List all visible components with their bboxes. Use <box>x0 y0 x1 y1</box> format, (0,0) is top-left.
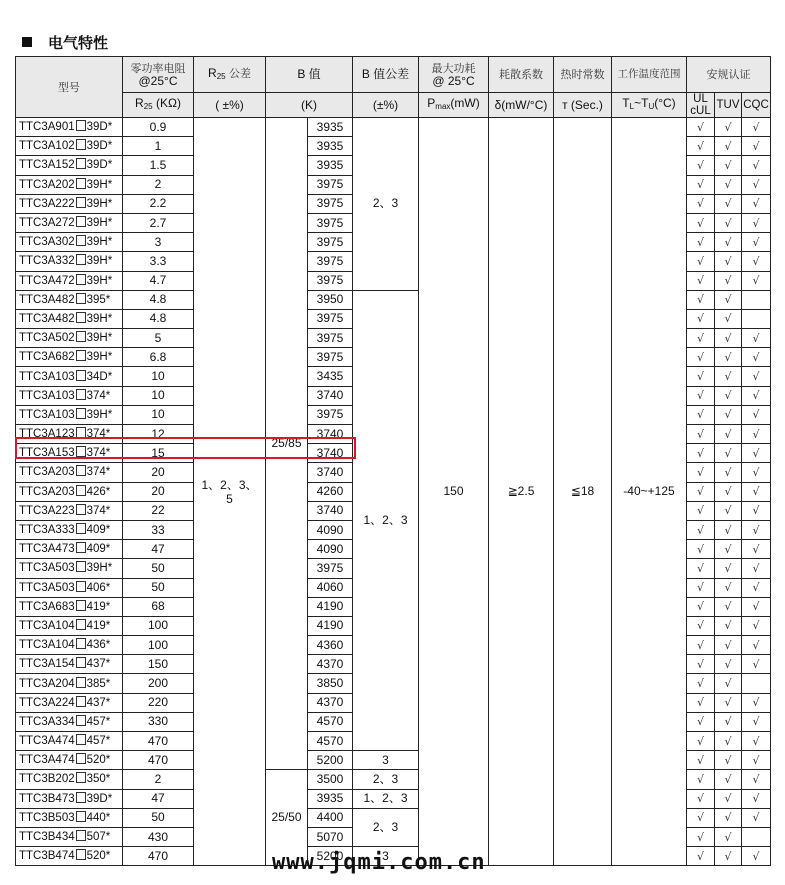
ul-check-cell: √ <box>687 847 715 866</box>
r25-cell: 50 <box>123 578 194 597</box>
model-suffix: 39D* <box>87 159 113 171</box>
cqc-check-cell: √ <box>742 367 771 386</box>
ul-check-cell: √ <box>687 482 715 501</box>
model-cell: TTC3A473409* <box>16 540 123 559</box>
blank-box-icon <box>76 504 86 515</box>
model-cell: TTC3B47339D* <box>16 789 123 808</box>
header-unit-r25: R25 (KΩ) <box>123 93 194 118</box>
model-cell: TTC3A48239H* <box>16 309 123 328</box>
r25-cell: 330 <box>123 712 194 731</box>
model-prefix: TTC3A472 <box>19 275 75 287</box>
cqc-check-cell: √ <box>742 271 771 290</box>
b-value-cell: 4570 <box>308 732 353 751</box>
r25-cell: 2 <box>123 770 194 789</box>
r25-cell: 68 <box>123 597 194 616</box>
cqc-check-cell: √ <box>742 252 771 271</box>
ul-check-cell: √ <box>687 213 715 232</box>
header-r25-tolerance: R25 公差 <box>194 57 266 93</box>
ul-check-cell: √ <box>687 386 715 405</box>
b-value-cell: 3850 <box>308 674 353 693</box>
tuv-check-cell: √ <box>715 559 742 578</box>
blank-box-icon <box>76 235 86 246</box>
blank-box-icon <box>76 274 86 285</box>
ul-check-cell: √ <box>687 501 715 520</box>
table-row: TTC3A90139D*0.91、2、3、525/8539352、3150≧2.… <box>16 118 771 137</box>
blank-box-icon <box>76 120 86 131</box>
ul-check-cell: √ <box>687 616 715 635</box>
cqc-check-cell: √ <box>742 405 771 424</box>
b-value-cell: 3975 <box>308 348 353 367</box>
r25-cell: 10 <box>123 405 194 424</box>
ul-check-cell: √ <box>687 252 715 271</box>
square-bullet-icon <box>22 37 32 47</box>
r25-cell: 4.8 <box>123 290 194 309</box>
model-prefix: TTC3A102 <box>19 140 75 152</box>
b-tolerance-cell: 3 <box>353 751 419 770</box>
ul-check-cell: √ <box>687 367 715 386</box>
r25-cell: 47 <box>123 789 194 808</box>
b-value-cell: 5070 <box>308 827 353 846</box>
model-suffix: 457* <box>87 735 111 747</box>
model-suffix: 385* <box>87 678 111 690</box>
model-cell: TTC3A30239H* <box>16 233 123 252</box>
model-suffix: 39D* <box>87 121 113 133</box>
model-prefix: TTC3A202 <box>19 179 75 191</box>
tuv-check-cell: √ <box>715 636 742 655</box>
electrical-characteristics-table: 型号 零功率电阻@25°C R25 公差 B 值 B 值公差 最大功耗@ 25°… <box>15 56 771 866</box>
header-unit-tau: ᴛ (Sec.) <box>554 93 612 118</box>
ul-check-cell: √ <box>687 636 715 655</box>
b-value-cell: 4400 <box>308 808 353 827</box>
ul-check-cell: √ <box>687 175 715 194</box>
cqc-check-cell: √ <box>742 616 771 635</box>
model-cell: TTC3A22239H* <box>16 194 123 213</box>
model-suffix: 440* <box>87 812 111 824</box>
cqc-check-cell: √ <box>742 520 771 539</box>
model-prefix: TTC3A224 <box>19 697 75 709</box>
header-ul-part: cUL <box>690 105 710 117</box>
model-suffix: 374* <box>87 505 111 517</box>
b-value-cell: 3740 <box>308 501 353 520</box>
header-tuv: TUV <box>715 93 742 118</box>
cqc-check-cell: √ <box>742 425 771 444</box>
model-cell: TTC3A123374* <box>16 425 123 444</box>
r25-cell: 100 <box>123 616 194 635</box>
unit-pmax-text: (mW) <box>450 96 479 110</box>
model-suffix: 39H* <box>87 351 113 363</box>
model-cell: TTC3A15239D* <box>16 156 123 175</box>
b-value-cell: 3975 <box>308 405 353 424</box>
model-cell: TTC3A154437* <box>16 655 123 674</box>
tuv-check-cell: √ <box>715 348 742 367</box>
model-suffix: 39H* <box>87 198 113 210</box>
blank-box-icon <box>76 772 86 783</box>
r25-cell: 3.3 <box>123 252 194 271</box>
b-value-cell: 3435 <box>308 367 353 386</box>
cqc-check-cell: √ <box>742 655 771 674</box>
model-prefix: TTC3A203 <box>19 466 75 478</box>
tuv-check-cell: √ <box>715 540 742 559</box>
tuv-check-cell: √ <box>715 847 742 866</box>
blank-box-icon <box>76 677 86 688</box>
ul-check-cell: √ <box>687 118 715 137</box>
ul-check-cell: √ <box>687 329 715 348</box>
model-suffix: 437* <box>87 697 111 709</box>
model-cell: TTC3A224437* <box>16 693 123 712</box>
model-suffix: 437* <box>87 658 111 670</box>
b-value-cell: 4370 <box>308 655 353 674</box>
tuv-check-cell: √ <box>715 520 742 539</box>
blank-box-icon <box>76 638 86 649</box>
r25-tolerance-cell: 1、2、3、5 <box>194 118 266 866</box>
r25-cell: 10 <box>123 367 194 386</box>
tuv-check-cell: √ <box>715 616 742 635</box>
table-body: TTC3A90139D*0.91、2、3、525/8539352、3150≧2.… <box>16 118 771 866</box>
b-tolerance-cell: 1、2、3 <box>353 290 419 751</box>
model-cell: TTC3A103374* <box>16 386 123 405</box>
model-suffix: 436* <box>87 639 111 651</box>
model-prefix: TTC3B503 <box>19 812 75 824</box>
header-r25: 零功率电阻@25°C <box>123 57 194 93</box>
header-cqc: CQC <box>742 93 771 118</box>
model-prefix: TTC3A272 <box>19 217 75 229</box>
blank-box-icon <box>76 408 86 419</box>
b-value-cell: 4190 <box>308 597 353 616</box>
cqc-check-cell: √ <box>742 559 771 578</box>
cqc-check-cell: √ <box>742 233 771 252</box>
tuv-check-cell: √ <box>715 597 742 616</box>
header-unit-delta: δ(mW/°C) <box>489 93 554 118</box>
r25-cell: 12 <box>123 425 194 444</box>
b-tolerance-cell: 2、3 <box>353 808 419 846</box>
r25-cell: 50 <box>123 559 194 578</box>
r25-cell: 470 <box>123 732 194 751</box>
b-value-cell: 3740 <box>308 444 353 463</box>
header-model: 型号 <box>16 57 123 118</box>
cqc-check-cell: √ <box>742 501 771 520</box>
cqc-check-cell: √ <box>742 751 771 770</box>
b-value-cell: 5200 <box>308 751 353 770</box>
pmax-cell: 150 <box>419 118 489 866</box>
blank-box-icon <box>76 523 86 534</box>
model-prefix: TTC3A503 <box>19 562 75 574</box>
header-unit-tol: ( ±%) <box>194 93 266 118</box>
model-suffix: 39H* <box>87 217 113 229</box>
cqc-check-cell: √ <box>742 156 771 175</box>
model-cell: TTC3A50239H* <box>16 329 123 348</box>
blank-box-icon <box>76 657 86 668</box>
model-cell: TTC3B503440* <box>16 808 123 827</box>
ul-check-cell: √ <box>687 808 715 827</box>
model-cell: TTC3A10334D* <box>16 367 123 386</box>
blank-box-icon <box>76 753 86 764</box>
model-suffix: 520* <box>87 754 111 766</box>
cqc-check-cell: √ <box>742 386 771 405</box>
section-title-text: 电气特性 <box>48 34 108 52</box>
r25-cell: 15 <box>123 444 194 463</box>
tuv-check-cell: √ <box>715 808 742 827</box>
header-time-constant: 热时常数 <box>554 57 612 93</box>
cqc-check-cell: √ <box>742 847 771 866</box>
model-cell: TTC3A333409* <box>16 520 123 539</box>
blank-box-icon <box>76 178 86 189</box>
cqc-check-cell: √ <box>742 789 771 808</box>
tuv-check-cell: √ <box>715 252 742 271</box>
model-prefix: TTC3A474 <box>19 754 75 766</box>
ul-check-cell: √ <box>687 463 715 482</box>
blank-box-icon <box>76 849 86 860</box>
blank-box-icon <box>76 427 86 438</box>
ul-check-cell: √ <box>687 405 715 424</box>
ul-check-cell: √ <box>687 559 715 578</box>
blank-box-icon <box>76 350 86 361</box>
blank-box-icon <box>76 446 86 457</box>
b-value-cell: 4570 <box>308 712 353 731</box>
cqc-check-cell: √ <box>742 175 771 194</box>
r25-cell: 47 <box>123 540 194 559</box>
model-suffix: 520* <box>87 850 111 862</box>
b-value-cell: 3740 <box>308 386 353 405</box>
r25-cell: 10 <box>123 386 194 405</box>
model-prefix: TTC3A503 <box>19 582 75 594</box>
header-pmax-temp: @ 25°C <box>432 74 474 88</box>
r25-cell: 6.8 <box>123 348 194 367</box>
cqc-check-cell: √ <box>742 118 771 137</box>
model-suffix: 39H* <box>87 409 113 421</box>
model-suffix: 39H* <box>87 236 113 248</box>
b-value-cell: 3935 <box>308 137 353 156</box>
blank-box-icon <box>76 581 86 592</box>
tuv-check-cell: √ <box>715 367 742 386</box>
model-cell: TTC3A20239H* <box>16 175 123 194</box>
ul-check-cell: √ <box>687 674 715 693</box>
model-prefix: TTC3A332 <box>19 255 75 267</box>
model-cell: TTC3A203374* <box>16 463 123 482</box>
blank-box-icon <box>76 465 86 476</box>
model-prefix: TTC3B202 <box>19 773 75 785</box>
cqc-check-cell <box>742 309 771 328</box>
tuv-check-cell: √ <box>715 789 742 808</box>
ul-check-cell: √ <box>687 194 715 213</box>
section-title: 电气特性 <box>22 32 108 53</box>
cqc-check-cell: √ <box>742 137 771 156</box>
blank-box-icon <box>76 696 86 707</box>
model-prefix: TTC3B434 <box>19 831 75 843</box>
tuv-check-cell: √ <box>715 482 742 501</box>
temp-range-cell: -40~+125 <box>612 118 687 866</box>
model-suffix: 457* <box>87 716 111 728</box>
model-cell: TTC3A104436* <box>16 636 123 655</box>
r25-cell: 1.5 <box>123 156 194 175</box>
model-suffix: 409* <box>87 524 111 536</box>
model-prefix: TTC3A204 <box>19 678 75 690</box>
model-prefix: TTC3A103 <box>19 409 75 421</box>
ul-check-cell: √ <box>687 751 715 770</box>
blank-box-icon <box>76 331 86 342</box>
blank-box-icon <box>76 312 86 323</box>
time-constant-cell: ≦18 <box>554 118 612 866</box>
b-value-cell: 3975 <box>308 175 353 194</box>
ul-check-cell: √ <box>687 789 715 808</box>
model-cell: TTC3A68239H* <box>16 348 123 367</box>
model-cell: TTC3A334457* <box>16 712 123 731</box>
model-suffix: 39H* <box>87 562 113 574</box>
r25-cell: 4.8 <box>123 309 194 328</box>
r25-cell: 470 <box>123 751 194 770</box>
r25-cell: 50 <box>123 808 194 827</box>
ul-check-cell: √ <box>687 233 715 252</box>
r25-cell: 33 <box>123 520 194 539</box>
tuv-check-cell: √ <box>715 233 742 252</box>
b-value-cell: 4370 <box>308 693 353 712</box>
cqc-check-cell <box>742 674 771 693</box>
model-prefix: TTC3A153 <box>19 447 75 459</box>
blank-box-icon <box>76 561 86 572</box>
model-cell: TTC3A90139D* <box>16 118 123 137</box>
r25-cell: 220 <box>123 693 194 712</box>
r25-cell: 20 <box>123 463 194 482</box>
r25-cell: 0.9 <box>123 118 194 137</box>
model-suffix: 395* <box>87 294 111 306</box>
header-pmax: 最大功耗@ 25°C <box>419 57 489 93</box>
header-unit-b: (K) <box>266 93 353 118</box>
model-cell: TTC3A474457* <box>16 732 123 751</box>
model-suffix: 374* <box>87 447 111 459</box>
r25-cell: 150 <box>123 655 194 674</box>
model-suffix: 39H* <box>87 275 113 287</box>
tuv-check-cell: √ <box>715 674 742 693</box>
b-value-cell: 3975 <box>308 213 353 232</box>
header-b-tolerance: B 值公差 <box>353 57 419 93</box>
tuv-check-cell: √ <box>715 386 742 405</box>
ul-check-cell: √ <box>687 520 715 539</box>
cqc-check-cell: √ <box>742 808 771 827</box>
ul-check-cell: √ <box>687 271 715 290</box>
b-value-cell: 3740 <box>308 463 353 482</box>
r25-cell: 4.7 <box>123 271 194 290</box>
model-suffix: 419* <box>87 620 111 632</box>
r25-cell: 22 <box>123 501 194 520</box>
model-prefix: TTC3A482 <box>19 313 75 325</box>
model-prefix: TTC3A103 <box>19 390 75 402</box>
b-value-cell: 4060 <box>308 578 353 597</box>
blank-box-icon <box>76 370 86 381</box>
ul-check-cell: √ <box>687 655 715 674</box>
cqc-check-cell: √ <box>742 463 771 482</box>
b-value-cell: 3950 <box>308 290 353 309</box>
model-prefix: TTC3A334 <box>19 716 75 728</box>
b-value-cell: 3975 <box>308 252 353 271</box>
model-suffix: 39D* <box>87 140 113 152</box>
model-cell: TTC3A27239H* <box>16 213 123 232</box>
b-value-cell: 4090 <box>308 520 353 539</box>
b-value-cell: 3975 <box>308 309 353 328</box>
model-suffix: 39H* <box>87 255 113 267</box>
model-suffix: 374* <box>87 466 111 478</box>
model-prefix: TTC3A901 <box>19 121 75 133</box>
ul-check-cell: √ <box>687 597 715 616</box>
header-r25-temp: @25°C <box>139 74 178 88</box>
tuv-check-cell: √ <box>715 425 742 444</box>
model-cell: TTC3B474520* <box>16 847 123 866</box>
header-unit-btol: (±%) <box>353 93 419 118</box>
model-cell: TTC3A153374* <box>16 444 123 463</box>
model-suffix: 374* <box>87 390 111 402</box>
b-value-cell: 4260 <box>308 482 353 501</box>
tuv-check-cell: √ <box>715 770 742 789</box>
model-prefix: TTC3A222 <box>19 198 75 210</box>
cqc-check-cell <box>742 827 771 846</box>
b-value-cell: 3975 <box>308 194 353 213</box>
model-prefix: TTC3A683 <box>19 601 75 613</box>
r25-cell: 200 <box>123 674 194 693</box>
tuv-check-cell: √ <box>715 194 742 213</box>
ul-check-cell: √ <box>687 827 715 846</box>
model-cell: TTC3A10239D* <box>16 137 123 156</box>
b-value-cell: 3500 <box>308 770 353 789</box>
cqc-check-cell: √ <box>742 540 771 559</box>
blank-box-icon <box>76 485 86 496</box>
blank-box-icon <box>76 600 86 611</box>
cqc-check-cell: √ <box>742 732 771 751</box>
tuv-check-cell: √ <box>715 655 742 674</box>
blank-box-icon <box>76 197 86 208</box>
b-value-cell: 3935 <box>308 118 353 137</box>
header-unit-pmax: Pmax(mW) <box>419 93 489 118</box>
cqc-check-cell: √ <box>742 636 771 655</box>
cqc-check-cell: √ <box>742 712 771 731</box>
model-prefix: TTC3A682 <box>19 351 75 363</box>
model-cell: TTC3A33239H* <box>16 252 123 271</box>
model-cell: TTC3A474520* <box>16 751 123 770</box>
blank-box-icon <box>76 542 86 553</box>
cqc-check-cell: √ <box>742 770 771 789</box>
blank-box-icon <box>76 715 86 726</box>
model-prefix: TTC3A482 <box>19 294 75 306</box>
model-cell: TTC3A203426* <box>16 482 123 501</box>
cqc-check-cell: √ <box>742 482 771 501</box>
ul-check-cell: √ <box>687 712 715 731</box>
cqc-check-cell <box>742 290 771 309</box>
b-tolerance-cell: 2、3 <box>353 770 419 789</box>
tuv-check-cell: √ <box>715 463 742 482</box>
cqc-check-cell: √ <box>742 213 771 232</box>
r25-cell: 430 <box>123 827 194 846</box>
r25-cell: 2 <box>123 175 194 194</box>
blank-box-icon <box>76 254 86 265</box>
model-suffix: 419* <box>87 601 111 613</box>
model-prefix: TTC3A473 <box>19 543 75 555</box>
model-suffix: 34D* <box>87 371 113 383</box>
header-dissipation: 耗散系数 <box>489 57 554 93</box>
ul-check-cell: √ <box>687 770 715 789</box>
r25-cell: 2.2 <box>123 194 194 213</box>
blank-box-icon <box>76 619 86 630</box>
cqc-check-cell: √ <box>742 348 771 367</box>
tuv-check-cell: √ <box>715 213 742 232</box>
blank-box-icon <box>76 139 86 150</box>
b-tolerance-cell: 2、3 <box>353 118 419 291</box>
model-prefix: TTC3B474 <box>19 850 75 862</box>
header-r25-tolerance-label: 公差 <box>229 67 251 80</box>
unit-temp-text: (°C) <box>654 96 675 110</box>
tuv-check-cell: √ <box>715 309 742 328</box>
ul-check-cell: √ <box>687 425 715 444</box>
model-suffix: 39D* <box>87 793 113 805</box>
header-b-value: B 值 <box>266 57 353 93</box>
r25-cell: 3 <box>123 233 194 252</box>
tuv-check-cell: √ <box>715 751 742 770</box>
